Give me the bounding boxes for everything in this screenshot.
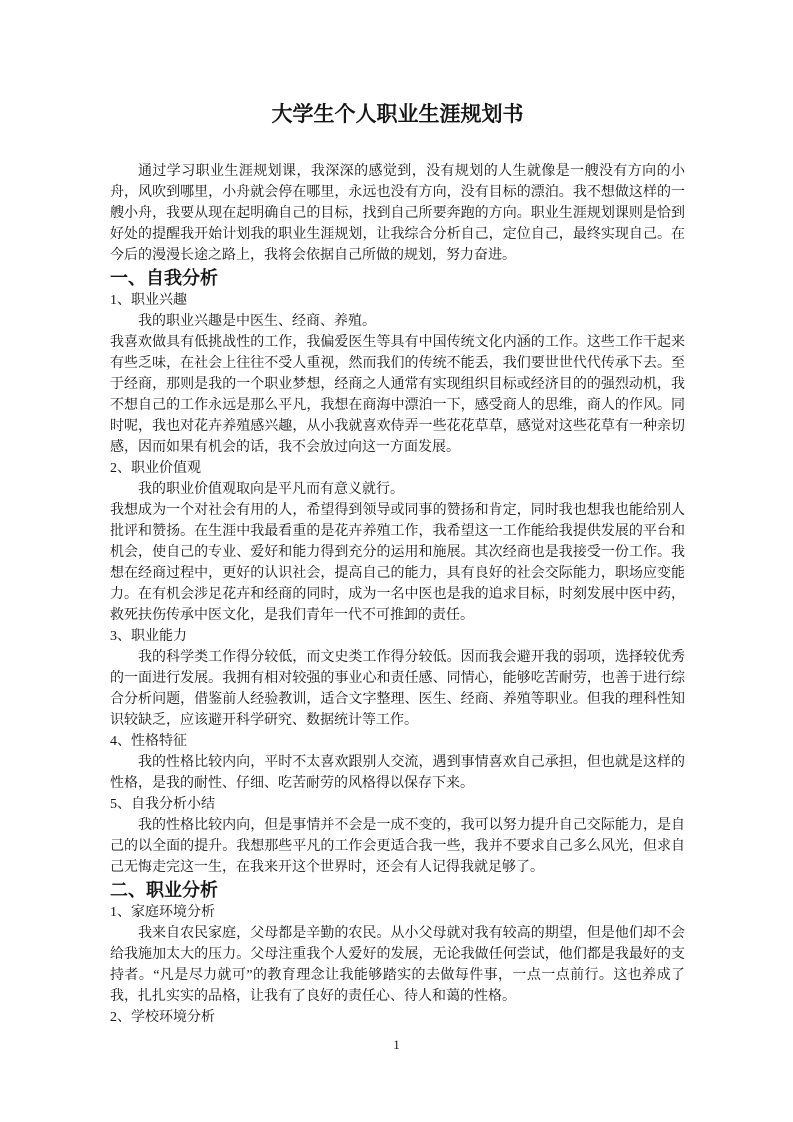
paragraph: 我的职业兴趣是中医生、经商、养殖。 <box>110 311 685 332</box>
paragraph: 我的职业价值观取向是平凡而有意义就行。 <box>110 479 685 500</box>
paragraph: 我来自农民家庭，父母都是辛勤的农民。从小父母就对我有较高的期望，但是他们却不会给… <box>110 923 685 1007</box>
subsection-label-career-values: 2、职业价值观 <box>110 458 685 479</box>
paragraph: 我的科学类工作得分较低，而文史类工作得分较低。因而我会避开我的弱项，选择较优秀的… <box>110 647 685 731</box>
subsection-label-career-ability: 3、职业能力 <box>110 626 685 647</box>
paragraph: 我的性格比较内向，平时不太喜欢跟别人交流，遇到事情喜欢自己承担，但也就是这样的性… <box>110 752 685 794</box>
subsection-label-school-environment: 2、学校环境分析 <box>110 1007 685 1028</box>
page-number: 1 <box>0 1036 793 1054</box>
document-page: 大学生个人职业生涯规划书 通过学习职业生涯规划课，我深深的感觉到，没有规划的人生… <box>0 0 793 1122</box>
subsection-label-career-interest: 1、职业兴趣 <box>110 290 685 311</box>
section-heading-career-analysis: 二、职业分析 <box>110 878 685 902</box>
paragraph: 我喜欢做具有低挑战性的工作，我偏爱医生等具有中国传统文化内涵的工作。这些工作干起… <box>110 332 685 458</box>
subsection-label-self-analysis-summary: 5、自我分析小结 <box>110 794 685 815</box>
paragraph: 我想成为一个对社会有用的人，希望得到领导或同事的赞扬和肯定，同时我也想我也能给别… <box>110 500 685 626</box>
paragraph: 我的性格比较内向，但是事情并不会是一成不变的，我可以努力提升自己交际能力，是自己… <box>110 815 685 878</box>
subsection-label-family-environment: 1、家庭环境分析 <box>110 902 685 923</box>
intro-paragraph: 通过学习职业生涯规划课，我深深的感觉到，没有规划的人生就像是一艘没有方向的小舟，… <box>110 161 685 266</box>
document-title: 大学生个人职业生涯规划书 <box>110 98 685 130</box>
subsection-label-personality-traits: 4、性格特征 <box>110 731 685 752</box>
section-heading-self-analysis: 一、自我分析 <box>110 266 685 290</box>
